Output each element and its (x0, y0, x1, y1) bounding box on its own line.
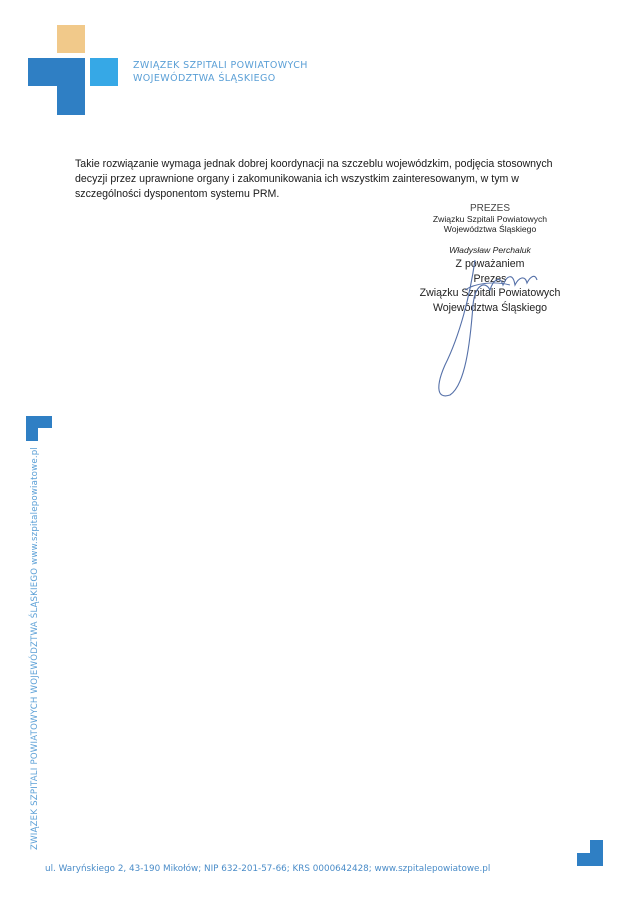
stamp-name: Władysław Perchaluk (400, 245, 580, 255)
stamp: PREZES Związku Szpitali Powiatowych Woje… (400, 204, 580, 255)
sidebar-text: ZWIĄZEK SZPITALI POWIATOWYCH WOJEWÓDZTWA… (30, 447, 40, 850)
footer-mark-stem (590, 840, 603, 853)
footer-address: ul. Waryńskiego 2, 43-190 Mikołów; NIP 6… (45, 864, 490, 874)
org-name-line2: WOJEWÓDZTWA ŚLĄSKIEGO (133, 73, 276, 84)
org-name-line1: ZWIĄZEK SZPITALI POWIATOWYCH (133, 60, 308, 71)
stamp-line2: Województwa Śląskiego (400, 224, 580, 234)
stamp-title: PREZES (400, 204, 580, 214)
letter-paragraph: Takie rozwiązanie wymaga jednak dobrej k… (75, 157, 575, 202)
logo-light-blue-square (90, 58, 118, 86)
footer-mark-bar (577, 853, 603, 866)
logo-dark-blue-bar (28, 58, 85, 86)
handwritten-signature (415, 255, 545, 405)
logo-tan-square (57, 25, 85, 53)
side-mark-bar (26, 416, 52, 428)
side-mark-stem (26, 428, 38, 441)
logo-dark-blue-stem (57, 86, 85, 115)
stamp-line1: Związku Szpitali Powiatowych (400, 214, 580, 224)
